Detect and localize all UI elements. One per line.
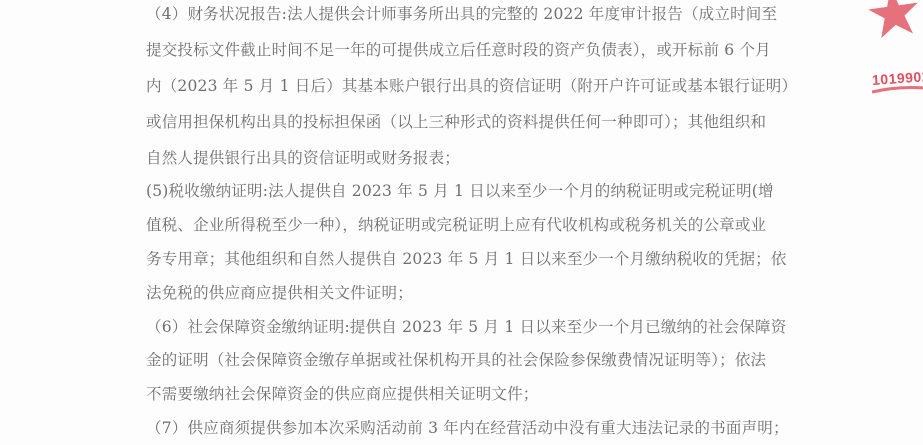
paragraph-4-line-2: 提交投标文件截止时间不足一年的可提供成立后任意时段的资产负债表），或开标前 6 … bbox=[146, 40, 760, 60]
document-page: （4）财务状况报告:法人提供会计师事务所出具的完整的 2022 年度审计报告（成… bbox=[0, 0, 923, 445]
paragraph-5-line-3: 务专用章；其他组织和自然人提供自 2023 年 5 月 1 日以来至少一个月缴纳… bbox=[146, 249, 760, 269]
paragraph-5-line-4: 法免税的供应商应提供相关文件证明； bbox=[146, 283, 760, 303]
paragraph-6-line-2: 金的证明（社会保障资金缴存单据或社保机构开具的社会保险参保缴费情况证明等）；依法 bbox=[146, 350, 760, 370]
paragraph-5-line-2: 值税、企业所得税至少一种），纳税证明或完税证明上应有代收机构或税务机关的公章或业 bbox=[146, 215, 760, 235]
paragraph-4-line-3: 内（2023 年 5 月 1 日后）其基本账户银行出具的资信证明（附开户许可证或… bbox=[146, 76, 760, 96]
paragraph-6-line-1: （6）社会保障资金缴纳证明:提供自 2023 年 5 月 1 日以来至少一个月已… bbox=[146, 317, 760, 337]
paragraph-7-line-1: （7）供应商须提供参加本次采购活动前 3 年内在经营活动中没有重大违法记录的书面… bbox=[146, 418, 760, 438]
paragraph-4-line-1: （4）财务状况报告:法人提供会计师事务所出具的完整的 2022 年度审计报告（成… bbox=[146, 4, 760, 24]
paragraph-4-line-5: 自然人提供银行出具的资信证明或财务报表； bbox=[146, 148, 760, 168]
paragraph-6-line-3: 不需要缴纳社会保障资金的供应商应提供相关证明文件； bbox=[146, 384, 760, 404]
stamp-code: 1019902 bbox=[872, 68, 923, 88]
stamp-star-icon bbox=[868, 0, 920, 38]
paragraph-5-line-1: (5)税收缴纳证明:法人提供自 2023 年 5 月 1 日以来至少一个月的纳税… bbox=[146, 181, 760, 201]
stamp-arc-icon bbox=[872, 86, 923, 94]
paragraph-4-line-4: 或信用担保机构出具的投标担保函（以上三种形式的资料提供任何一种即可）；其他组织和 bbox=[146, 112, 760, 132]
